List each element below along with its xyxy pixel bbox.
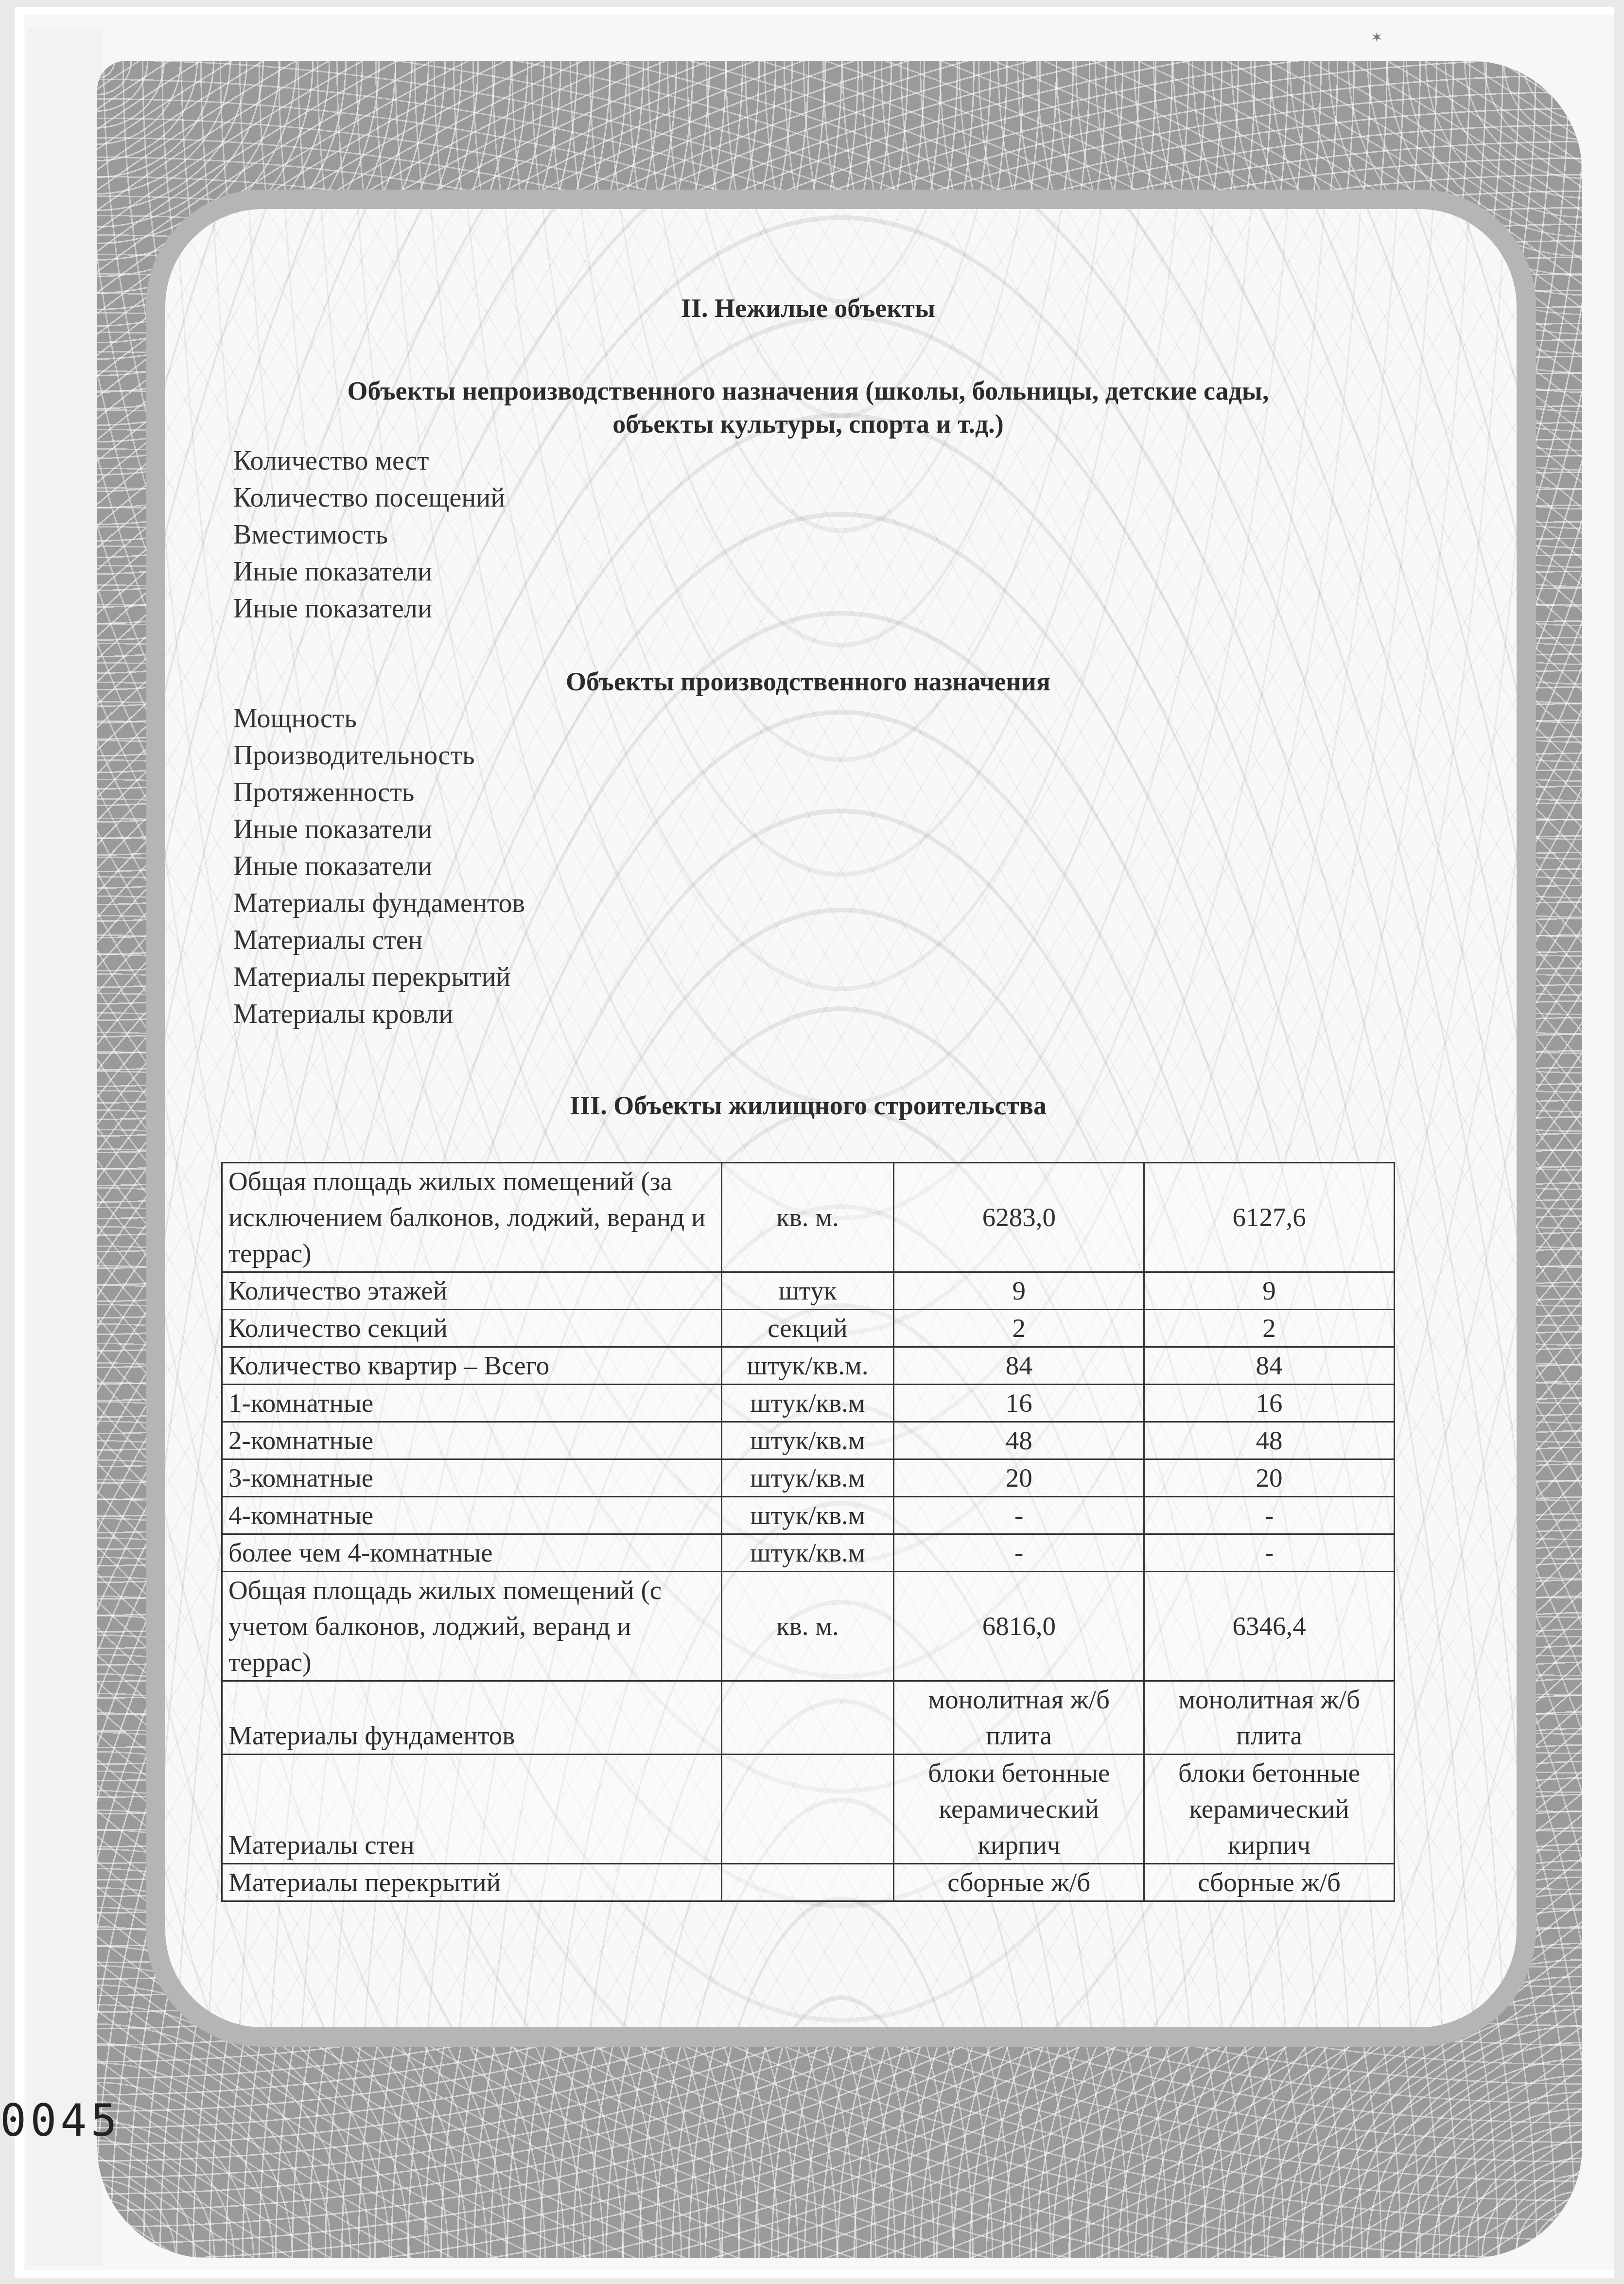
table-row: Материалы перекрытийсборные ж/бсборные ж… [222, 1864, 1395, 1901]
row-value2-cell: - [1144, 1534, 1395, 1572]
row-unit-cell: кв. м. [721, 1572, 894, 1681]
row-unit-cell: штук/кв.м [721, 1422, 894, 1459]
row-unit-cell [721, 1755, 894, 1864]
list-item: Иные показатели [233, 811, 525, 848]
row-value1-cell: блоки бетонные керамический кирпич [894, 1755, 1144, 1864]
housing-specs-table: Общая площадь жилых помещений (за исключ… [221, 1162, 1395, 1902]
non-production-list: Количество мест Количество посещений Вме… [233, 442, 505, 627]
row-name-cell: Общая площадь жилых помещений (с учетом … [222, 1572, 722, 1681]
row-value2-cell: 6127,6 [1144, 1163, 1395, 1272]
row-name-cell: Общая площадь жилых помещений (за исключ… [222, 1163, 722, 1272]
table-row: Количество секцийсекций22 [222, 1310, 1395, 1347]
row-value2-cell: 84 [1144, 1347, 1395, 1385]
list-item: Иные показатели [233, 848, 525, 885]
row-value1-cell: сборные ж/б [894, 1864, 1144, 1901]
non-production-heading-line2: объекты культуры, спорта и т.д.) [221, 407, 1395, 440]
row-name-cell: 4-комнатные [222, 1497, 722, 1534]
row-name-cell: Материалы фундаментов [222, 1681, 722, 1755]
row-value1-cell: 84 [894, 1347, 1144, 1385]
table-row: 3-комнатныештук/кв.м2020 [222, 1459, 1395, 1497]
row-name-cell: 2-комнатные [222, 1422, 722, 1459]
row-value2-cell: сборные ж/б [1144, 1864, 1395, 1901]
table-row: Количество этажейштук99 [222, 1272, 1395, 1310]
non-production-heading-line1: Объекты непроизводственного назначения (… [221, 374, 1395, 407]
row-value2-cell: 6346,4 [1144, 1572, 1395, 1681]
row-value2-cell: блоки бетонные керамический кирпич [1144, 1755, 1395, 1864]
list-item: Материалы перекрытий [233, 959, 525, 996]
row-name-cell: Количество секций [222, 1310, 722, 1347]
row-value1-cell: 16 [894, 1385, 1144, 1422]
row-value1-cell: 6283,0 [894, 1163, 1144, 1272]
row-unit-cell: кв. м. [721, 1163, 894, 1272]
row-unit-cell: штук/кв.м [721, 1385, 894, 1422]
production-heading: Объекты производственного назначения [221, 665, 1395, 698]
row-unit-cell [721, 1864, 894, 1901]
row-value1-cell: 2 [894, 1310, 1144, 1347]
row-value1-cell: - [894, 1497, 1144, 1534]
row-value2-cell: 2 [1144, 1310, 1395, 1347]
list-item: Вместимость [233, 516, 505, 553]
list-item: Материалы стен [233, 922, 525, 959]
list-item: Материалы кровли [233, 996, 525, 1033]
row-value2-cell: 48 [1144, 1422, 1395, 1459]
row-value1-cell: - [894, 1534, 1144, 1572]
row-value2-cell: 20 [1144, 1459, 1395, 1497]
list-item: Количество посещений [233, 479, 505, 516]
row-value2-cell: монолитная ж/б плита [1144, 1681, 1395, 1755]
table-row: 1-комнатныештук/кв.м1616 [222, 1385, 1395, 1422]
row-value1-cell: 6816,0 [894, 1572, 1144, 1681]
list-item: Протяженность [233, 774, 525, 811]
row-value1-cell: 48 [894, 1422, 1144, 1459]
row-unit-cell: штук/кв.м [721, 1497, 894, 1534]
row-value1-cell: монолитная ж/б плита [894, 1681, 1144, 1755]
row-value2-cell: - [1144, 1497, 1395, 1534]
serial-number: 0045 [0, 2095, 121, 2146]
table-row: Количество квартир – Всегоштук/кв.м.8484 [222, 1347, 1395, 1385]
row-value1-cell: 20 [894, 1459, 1144, 1497]
table-row: Общая площадь жилых помещений (с учетом … [222, 1572, 1395, 1681]
row-name-cell: Материалы перекрытий [222, 1864, 722, 1901]
row-unit-cell: штук/кв.м [721, 1459, 894, 1497]
section-ii-title: II. Нежилые объекты [221, 292, 1395, 325]
list-item: Количество мест [233, 442, 505, 479]
row-name-cell: Количество этажей [222, 1272, 722, 1310]
table-row: 4-комнатныештук/кв.м-- [222, 1497, 1395, 1534]
section-iii-title: III. Объекты жилищного строительства [221, 1089, 1395, 1122]
table-row: 2-комнатныештук/кв.м4848 [222, 1422, 1395, 1459]
row-unit-cell: секций [721, 1310, 894, 1347]
row-value1-cell: 9 [894, 1272, 1144, 1310]
table-row: более чем 4-комнатныештук/кв.м-- [222, 1534, 1395, 1572]
list-item: Иные показатели [233, 553, 505, 590]
row-name-cell: более чем 4-комнатные [222, 1534, 722, 1572]
row-unit-cell [721, 1681, 894, 1755]
list-item: Производительность [233, 737, 525, 774]
production-list: Мощность Производительность Протяженност… [233, 700, 525, 1033]
row-name-cell: 3-комнатные [222, 1459, 722, 1497]
row-name-cell: Количество квартир – Всего [222, 1347, 722, 1385]
list-item: Материалы фундаментов [233, 885, 525, 922]
row-value2-cell: 16 [1144, 1385, 1395, 1422]
table-row: Общая площадь жилых помещений (за исключ… [222, 1163, 1395, 1272]
row-name-cell: Материалы стен [222, 1755, 722, 1864]
table-row: Материалы фундаментовмонолитная ж/б плит… [222, 1681, 1395, 1755]
row-unit-cell: штук/кв.м [721, 1534, 894, 1572]
row-value2-cell: 9 [1144, 1272, 1395, 1310]
row-unit-cell: штук [721, 1272, 894, 1310]
document-content: II. Нежилые объекты Объекты непроизводст… [0, 0, 1624, 2284]
list-item: Мощность [233, 700, 525, 737]
table-row: Материалы стенблоки бетонные керамически… [222, 1755, 1395, 1864]
list-item: Иные показатели [233, 590, 505, 627]
row-name-cell: 1-комнатные [222, 1385, 722, 1422]
row-unit-cell: штук/кв.м. [721, 1347, 894, 1385]
